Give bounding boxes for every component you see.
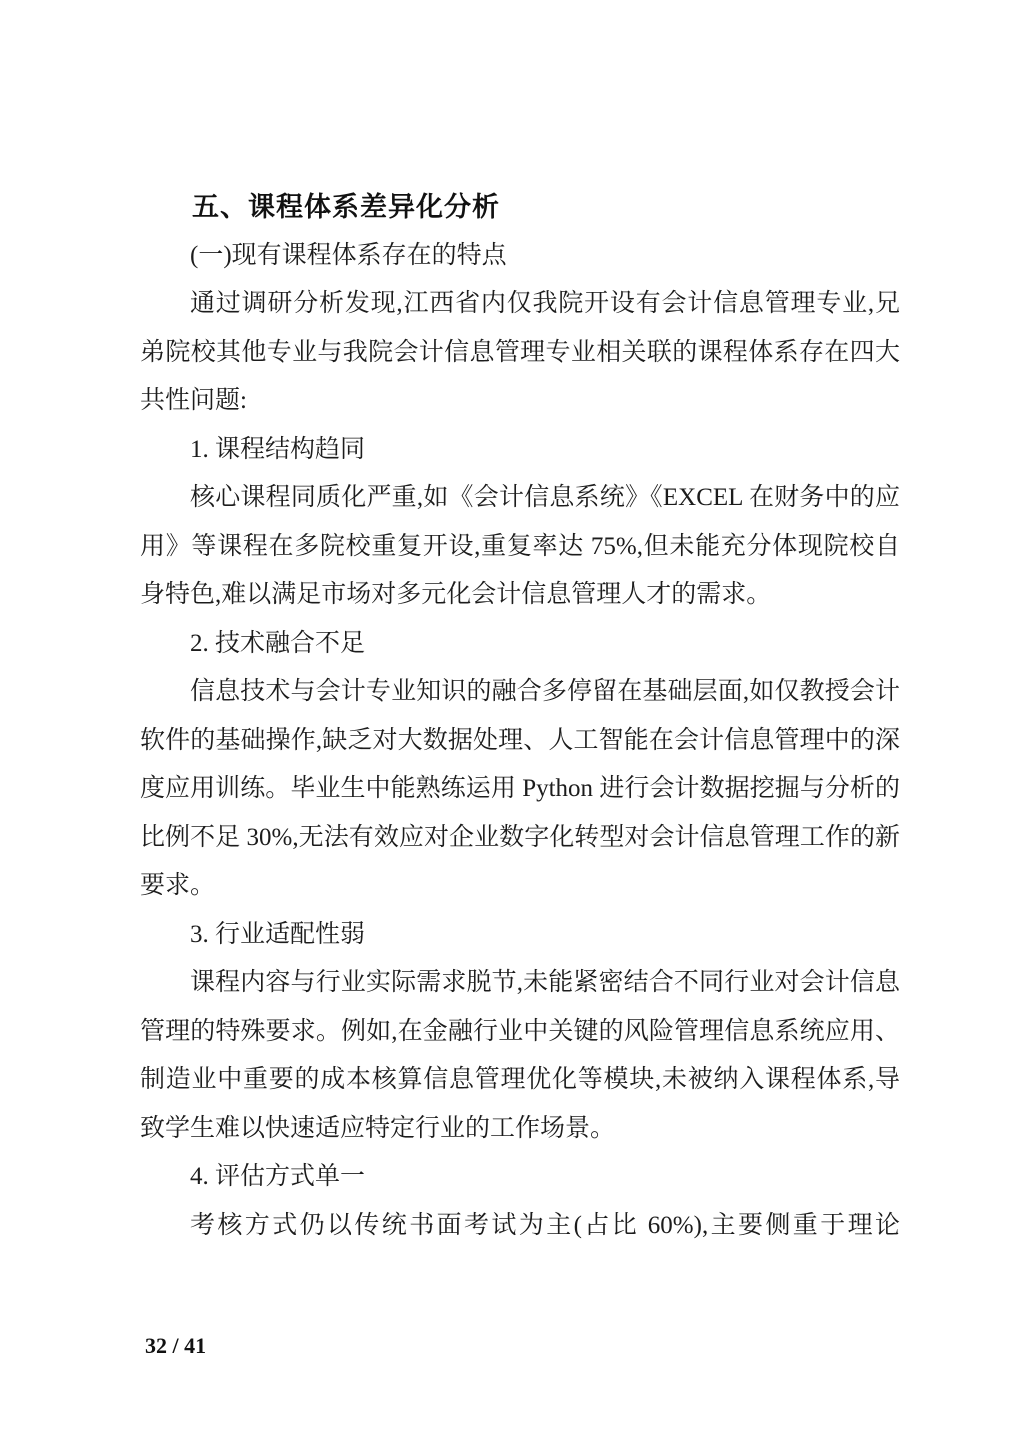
paragraph-item-3: 课程内容与行业实际需求脱节,未能紧密结合不同行业对会计信息管理的特殊要求。例如,… [140, 959, 900, 1153]
numbered-heading-1: 1. 课程结构趋同 [140, 426, 900, 475]
paragraph-item-1: 核心课程同质化严重,如《会计信息系统》《EXCEL 在财务中的应用》等课程在多院… [140, 474, 900, 620]
numbered-heading-2: 2. 技术融合不足 [140, 620, 900, 669]
paragraph-intro: 通过调研分析发现,江西省内仅我院开设有会计信息管理专业,兄弟院校其他专业与我院会… [140, 280, 900, 426]
numbered-heading-3: 3. 行业适配性弱 [140, 911, 900, 960]
section-title: 五、课程体系差异化分析 [140, 183, 900, 232]
paragraph-item-4: 考核方式仍以传统书面考试为主(占比 60%),主要侧重于理论 [140, 1202, 900, 1251]
paragraph-item-2: 信息技术与会计专业知识的融合多停留在基础层面,如仅教授会计软件的基础操作,缺乏对… [140, 668, 900, 911]
subsection-heading: (一)现有课程体系存在的特点 [140, 232, 900, 281]
page-number: 32 / 41 [145, 1333, 206, 1359]
numbered-heading-4: 4. 评估方式单一 [140, 1153, 900, 1202]
document-page: 五、课程体系差异化分析 (一)现有课程体系存在的特点 通过调研分析发现,江西省内… [0, 0, 1024, 1448]
document-content: 五、课程体系差异化分析 (一)现有课程体系存在的特点 通过调研分析发现,江西省内… [140, 183, 900, 1250]
